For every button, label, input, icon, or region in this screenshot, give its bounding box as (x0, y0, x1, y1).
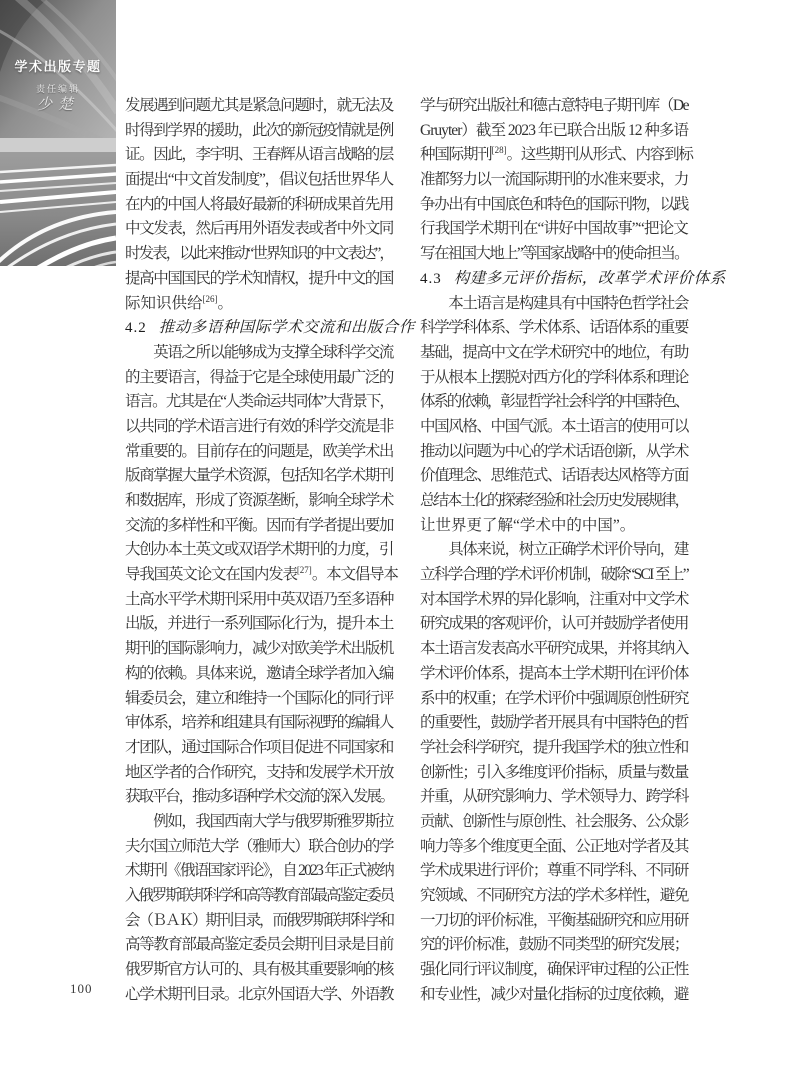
body-text-line: 究领域、不同研究方法的学术多样性，避免 (420, 884, 688, 909)
body-text-line: 才团队，通过国际合作项目促进不同国家和 (125, 736, 393, 761)
body-text-line: 版商掌握大量学术资源，包括知名学术期刊 (125, 464, 393, 489)
text-line-content: 导我国英文论文在国内发表[27]。本文倡导本 (125, 563, 398, 588)
text-line-content: 在内的中国人将最好最新的科研成果首先用 (125, 193, 393, 218)
text-line-content: 响力等多个维度更全面、公正地对学者及其 (420, 835, 688, 860)
heading-title: 推动多语种国际学术交流和出版合作 (159, 319, 415, 336)
body-text-line: 常重要的。目前存在的问题是，欧美学术出 (125, 440, 393, 465)
left-text-column: 发展遇到问题尤其是紧急问题时，就无法及时得到学界的援助，此次的新冠疫情就是例证。… (125, 94, 393, 1007)
body-text-line: Gruyter）截至 2023 年已联合出版 12 种多语 (420, 119, 688, 144)
text-line-content: 版商掌握大量学术资源，包括知名学术期刊 (125, 464, 393, 489)
body-text-line: 具体来说，树立正确学术评价导向，建 (420, 538, 688, 563)
body-text-line: 总结本土化的探索经验和社会历史发展规律， (420, 489, 688, 514)
responsible-editor-name: 少楚 (0, 93, 116, 114)
body-text-line: 系中的权重；在学术评价中强调原创性研究 (420, 687, 688, 712)
body-text-line: 发展遇到问题尤其是紧急问题时，就无法及 (125, 94, 393, 119)
body-text-line: 例如，我国西南大学与俄罗斯雅罗斯拉 (125, 810, 393, 835)
body-text-line: 和专业性，减少对量化指标的过度依赖，避 (420, 983, 688, 1008)
body-text-line: 推动以问题为中心的学术话语创新，从学术 (420, 440, 688, 465)
text-line-content: 贡献、创新性与原创性、社会服务、公众影 (420, 810, 688, 835)
text-line-content: 研究成果的客观评价，认可并鼓励学者使用 (420, 612, 688, 637)
text-line-content: 审体系，培养和组建具有国际视野的编辑人 (125, 711, 393, 736)
text-line-content: 本土语言是构建具有中国特色哲学社会 (420, 292, 688, 317)
text-line-content: 和专业性，减少对量化指标的过度依赖，避 (420, 983, 688, 1008)
text-line-content: 科学学科体系、学术体系、话语体系的重要 (420, 316, 688, 341)
body-text-line: 期刊的国际影响力，减少对欧美学术出版机 (125, 637, 393, 662)
body-text-line: 土高水平学术期刊采用中英双语乃至多语种 (125, 588, 393, 613)
text-line-content: 创新性；引入多维度评价指标，质量与数量 (420, 761, 688, 786)
text-line-content: 中国风格、中国气派。本土语言的使用可以 (420, 415, 688, 440)
text-line-content: 才团队，通过国际合作项目促进不同国家和 (125, 736, 393, 761)
body-text-line: 中文发表，然后再用外语发表或者中外文同 (125, 217, 393, 242)
text-line-content: 夫尔国立师范大学（雅师大）联合创办的学 (125, 835, 393, 860)
body-text-line: 准都努力以一流国际期刊的水准来要求，力 (420, 168, 688, 193)
text-line-content: 于从根本上摆脱对西方化的学科体系和理论 (420, 366, 688, 391)
text-line-content: 例如，我国西南大学与俄罗斯雅罗斯拉 (125, 810, 393, 835)
text-line-content: 系中的权重；在学术评价中强调原创性研究 (420, 687, 688, 712)
text-line-content: 土高水平学术期刊采用中英双语乃至多语种 (125, 588, 393, 613)
body-text-line: 价值理念、思维范式、话语表达风格等方面 (420, 464, 688, 489)
body-text-line: 种国际期刊[28]。这些期刊从形式、内容到标 (420, 143, 688, 168)
body-text-line: 夫尔国立师范大学（雅师大）联合创办的学 (125, 835, 393, 860)
body-text-line: 证。因此，李宇明、王春辉从语言战略的层 (125, 143, 393, 168)
body-text-line: 际知识供给[26]。 (125, 292, 393, 317)
column-topic-label: 学术出版专题 (0, 56, 116, 75)
body-text-line: 一刀切的评价标准，平衡基础研究和应用研 (420, 909, 688, 934)
text-line-content: 具体来说，树立正确学术评价导向，建 (420, 538, 688, 563)
text-line-content: 会（ＢＡＫ）期刊目录，而俄罗斯联邦科学和 (125, 909, 393, 934)
text-line-content: 语言。尤其是在“人类命运共同体”大背景下， (125, 390, 393, 415)
body-text-line: 贡献、创新性与原创性、社会服务、公众影 (420, 810, 688, 835)
text-line-content: 一刀切的评价标准，平衡基础研究和应用研 (420, 909, 688, 934)
body-text-line: 行我国学术期刊在“讲好中国故事”“把论文 (420, 217, 688, 242)
body-text-line: 会（ＢＡＫ）期刊目录，而俄罗斯联邦科学和 (125, 909, 393, 934)
text-line-content: 立科学合理的学术评价机制，破除“SCI 至上” (420, 563, 688, 588)
text-line-content: 发展遇到问题尤其是紧急问题时，就无法及 (125, 94, 393, 119)
right-text-column: 学与研究出版社和德古意特电子期刊库（DeGruyter）截至 2023 年已联合… (420, 94, 688, 1007)
text-line-content: 准都努力以一流国际期刊的水准来要求，力 (420, 168, 688, 193)
body-text-line: 争办出有中国底色和特色的国际刊物，以践 (420, 193, 688, 218)
text-line-content: 让世界更了解“学术中的中国”。 (420, 514, 635, 539)
body-text-line: 英语之所以能够成为支撑全球科学交流 (125, 341, 393, 366)
text-line-content: 学与研究出版社和德古意特电子期刊库（De (420, 94, 688, 119)
body-text-line: 交流的多样性和平衡。因而有学者提出要加 (125, 514, 393, 539)
text-line-content: 高等教育部最高鉴定委员会期刊目录是目前 (125, 933, 393, 958)
text-line-content: 和数据库，形成了资源垄断，影响全球学术 (125, 489, 393, 514)
text-line-content: 际知识供给[26]。 (125, 292, 233, 317)
body-text-line: 科学学科体系、学术体系、话语体系的重要 (420, 316, 688, 341)
text-line-content: 入俄罗斯联邦科学和高等教育部最高鉴定委员 (125, 884, 393, 909)
text-line-content: 体系的依赖，彰显哲学社会科学的中国特色、 (420, 390, 688, 415)
body-text-line: 体系的依赖，彰显哲学社会科学的中国特色、 (420, 390, 688, 415)
text-line-content: 提高中国国民的学术知情权，提升中文的国 (125, 267, 393, 292)
heading-number: 4.3 (420, 271, 442, 287)
body-text-line: 学术评价体系，提高本土学术期刊在评价体 (420, 662, 688, 687)
text-line-content: 大创办本土英文或双语学术期刊的力度，引 (125, 538, 393, 563)
text-line-content: 学术评价体系，提高本土学术期刊在评价体 (420, 662, 688, 687)
body-text-line: 提高中国国民的学术知情权，提升中文的国 (125, 267, 393, 292)
body-text-line: 心学术期刊目录。北京外国语大学、外语教 (125, 983, 393, 1008)
text-line-content: 常重要的。目前存在的问题是，欧美学术出 (125, 440, 393, 465)
page-number: 100 (70, 981, 93, 997)
section-heading: 4.3构建多元评价指标，改革学术评价体系 (420, 267, 688, 292)
body-text-line: 对本国学术界的异化影响，注重对中文学术 (420, 588, 688, 613)
body-text-line: 俄罗斯官方认可的、具有极其重要影响的核 (125, 958, 393, 983)
section-heading: 4.2推动多语种国际学术交流和出版合作 (125, 316, 393, 341)
body-text-line: 本土语言发表高水平研究成果，并将其纳入 (420, 637, 688, 662)
body-text-line: 创新性；引入多维度评价指标，质量与数量 (420, 761, 688, 786)
body-text-line: 以共同的学术语言进行有效的科学交流是非 (125, 415, 393, 440)
text-line-content: 行我国学术期刊在“讲好中国故事”“把论文 (420, 217, 688, 242)
body-text-line: 地区学者的合作研究，支持和发展学术开放 (125, 761, 393, 786)
body-text-line: 出版，并进行一系列国际化行为，提升本土 (125, 612, 393, 637)
body-text-line: 学社会科学研究，提升我国学术的独立性和 (420, 736, 688, 761)
body-text-line: 时发表，以此来推动“世界知识的中文表达”， (125, 242, 393, 267)
text-line-content: 并重，从研究影响力、学术领导力、跨学科 (420, 785, 688, 810)
text-line-content: 俄罗斯官方认可的、具有极其重要影响的核 (125, 958, 393, 983)
text-line-content: 总结本土化的探索经验和社会历史发展规律， (420, 489, 688, 514)
body-text-line: 中国风格、中国气派。本土语言的使用可以 (420, 415, 688, 440)
text-line-content: 价值理念、思维范式、话语表达风格等方面 (420, 464, 688, 489)
text-line-content: 推动以问题为中心的学术话语创新，从学术 (420, 440, 688, 465)
text-line-content: 证。因此，李宇明、王春辉从语言战略的层 (125, 143, 393, 168)
text-line-content: 心学术期刊目录。北京外国语大学、外语教 (125, 983, 393, 1008)
text-line-content: 学社会科学研究，提升我国学术的独立性和 (420, 736, 688, 761)
text-line-content: 的重要性，鼓励学者开展具有中国特色的哲 (420, 711, 688, 736)
text-line-content: 构的依赖。具体来说，邀请全球学者加入编 (125, 662, 393, 687)
body-text-line: 的主要语言，得益于它是全球使用最广泛的 (125, 366, 393, 391)
reference-marker: [27] (297, 565, 312, 575)
body-text-line: 构的依赖。具体来说，邀请全球学者加入编 (125, 662, 393, 687)
text-line-content: 地区学者的合作研究，支持和发展学术开放 (125, 761, 393, 786)
text-line-content: 基础，提高中文在学术研究中的地位，有助 (420, 341, 688, 366)
body-text-line: 高等教育部最高鉴定委员会期刊目录是目前 (125, 933, 393, 958)
text-line-content: 本土语言发表高水平研究成果，并将其纳入 (420, 637, 688, 662)
body-text-line: 面提出“中文首发制度”，倡议包括世界华人 (125, 168, 393, 193)
text-line-content: 时发表，以此来推动“世界知识的中文表达”， (125, 242, 393, 267)
text-line-content: 强化同行评议制度，确保评审过程的公正性 (420, 958, 688, 983)
text-line-content: 获取平台，推动多语种学术交流的深入发展。 (125, 785, 393, 810)
body-text-line: 响力等多个维度更全面、公正地对学者及其 (420, 835, 688, 860)
body-text-line: 写在祖国大地上”等国家战略中的使命担当。 (420, 242, 688, 267)
body-text-line: 导我国英文论文在国内发表[27]。本文倡导本 (125, 563, 393, 588)
text-line-content: 究领域、不同研究方法的学术多样性，避免 (420, 884, 688, 909)
body-text-line: 究的评价标准，鼓励不同类型的研究发展； (420, 933, 688, 958)
body-text-line: 基础，提高中文在学术研究中的地位，有助 (420, 341, 688, 366)
text-line-content: 术期刊《俄语国家评论》，自 2023 年正式被纳 (125, 859, 393, 884)
body-text-line: 的重要性，鼓励学者开展具有中国特色的哲 (420, 711, 688, 736)
body-text-line: 学与研究出版社和德古意特电子期刊库（De (420, 94, 688, 119)
journal-page: 学术出版专题 责任编辑 少楚 发展遇到问题尤其是紧急问题时，就无法及时得到学界的… (0, 0, 799, 1077)
body-text-line: 并重，从研究影响力、学术领导力、跨学科 (420, 785, 688, 810)
body-text-line: 入俄罗斯联邦科学和高等教育部最高鉴定委员 (125, 884, 393, 909)
reference-marker: [28] (492, 145, 507, 155)
body-text-line: 在内的中国人将最好最新的科研成果首先用 (125, 193, 393, 218)
text-line-content: 辑委员会，建立和维持一个国际化的同行评 (125, 687, 393, 712)
text-line-content: 期刊的国际影响力，减少对欧美学术出版机 (125, 637, 393, 662)
reference-marker: [26] (203, 293, 218, 303)
body-text-line: 于从根本上摆脱对西方化的学科体系和理论 (420, 366, 688, 391)
text-line-content: 出版，并进行一系列国际化行为，提升本土 (125, 612, 393, 637)
text-line-content: 对本国学术界的异化影响，注重对中文学术 (420, 588, 688, 613)
text-line-content: 时得到学界的援助，此次的新冠疫情就是例 (125, 119, 393, 144)
sidebar-banner: 学术出版专题 责任编辑 少楚 (0, 0, 116, 266)
text-line-content: 争办出有中国底色和特色的国际刊物，以践 (420, 193, 688, 218)
body-text-line: 强化同行评议制度，确保评审过程的公正性 (420, 958, 688, 983)
body-text-line: 获取平台，推动多语种学术交流的深入发展。 (125, 785, 393, 810)
text-line-content: 学术成果进行评价；尊重不同学科、不同研 (420, 859, 688, 884)
body-text-line: 立科学合理的学术评价机制，破除“SCI 至上” (420, 563, 688, 588)
text-line-content: 以共同的学术语言进行有效的科学交流是非 (125, 415, 393, 440)
text-line-content: 写在祖国大地上”等国家战略中的使命担当。 (420, 242, 688, 267)
text-line-content: 中文发表，然后再用外语发表或者中外文同 (125, 217, 393, 242)
body-text-line: 和数据库，形成了资源垄断，影响全球学术 (125, 489, 393, 514)
text-line-content: 种国际期刊[28]。这些期刊从形式、内容到标 (420, 143, 693, 168)
body-text-line: 本土语言是构建具有中国特色哲学社会 (420, 292, 688, 317)
text-line-content: 英语之所以能够成为支撑全球科学交流 (125, 341, 393, 366)
body-text-line: 审体系，培养和组建具有国际视野的编辑人 (125, 711, 393, 736)
body-text-line: 时得到学界的援助，此次的新冠疫情就是例 (125, 119, 393, 144)
heading-number: 4.2 (125, 320, 147, 336)
body-text-line: 辑委员会，建立和维持一个国际化的同行评 (125, 687, 393, 712)
body-text-line: 大创办本土英文或双语学术期刊的力度，引 (125, 538, 393, 563)
text-line-content: Gruyter）截至 2023 年已联合出版 12 种多语 (420, 119, 688, 144)
body-text-line: 让世界更了解“学术中的中国”。 (420, 514, 688, 539)
body-text-line: 语言。尤其是在“人类命运共同体”大背景下， (125, 390, 393, 415)
body-text-line: 学术成果进行评价；尊重不同学科、不同研 (420, 859, 688, 884)
heading-title: 构建多元评价指标，改革学术评价体系 (454, 270, 726, 287)
body-text-line: 研究成果的客观评价，认可并鼓励学者使用 (420, 612, 688, 637)
body-text-line: 术期刊《俄语国家评论》，自 2023 年正式被纳 (125, 859, 393, 884)
text-line-content: 的主要语言，得益于它是全球使用最广泛的 (125, 366, 393, 391)
text-line-content: 交流的多样性和平衡。因而有学者提出要加 (125, 514, 393, 539)
text-line-content: 面提出“中文首发制度”，倡议包括世界华人 (125, 168, 393, 193)
book-pages-graphic (0, 0, 116, 266)
text-line-content: 究的评价标准，鼓励不同类型的研究发展； (420, 933, 688, 958)
